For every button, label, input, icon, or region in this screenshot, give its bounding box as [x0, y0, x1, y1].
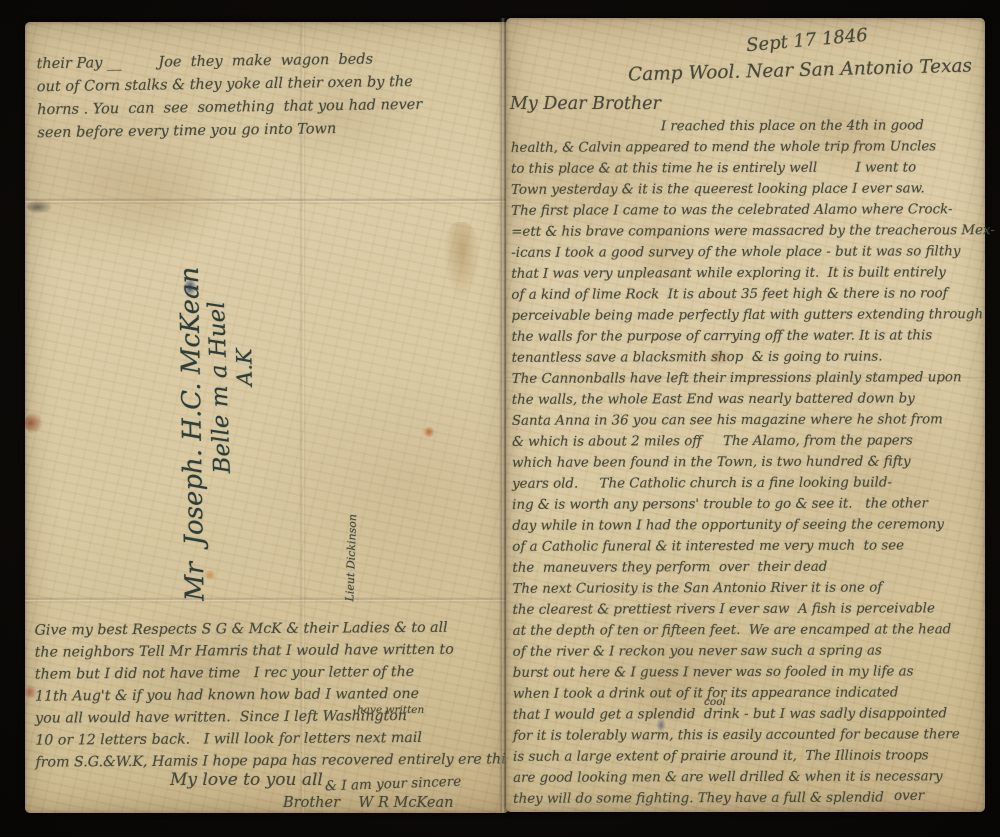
letter-line: Santa Anna in 36 you can see his magazin…	[512, 409, 982, 432]
letter-line: when I took a drink out of it for its ap…	[513, 682, 983, 705]
letter-sheet-right: Sept 17 1846 Camp Wool. Near San Antonio…	[506, 18, 985, 812]
letter-line: burst out here & I guess I never was so …	[513, 661, 983, 684]
scan-backdrop: their Pay __ Joe they make wagon bedsout…	[0, 0, 1000, 837]
stain-drip-brown	[443, 222, 481, 300]
letter-line: that I was very unpleasant while explori…	[511, 262, 981, 285]
stain-dark-edge	[27, 200, 53, 214]
signature: Brother W R McKean	[283, 795, 453, 811]
letter-line: at the depth of ten or fifteen feet. We …	[513, 619, 983, 642]
letter-line: the walls for the purpose of carrying of…	[512, 325, 982, 348]
letter-line: The first place I came to was the celebr…	[511, 199, 981, 222]
letter-line: tenantless save a blacksmith shop & is g…	[512, 346, 982, 369]
interline-insert-left: have written	[357, 704, 424, 716]
letter-line: years old. The Catholic church is a fine…	[512, 472, 982, 495]
letter-line: are good looking men & are well drilled …	[513, 766, 983, 789]
stain-rust-dot	[423, 426, 435, 438]
letter-line: of a kind of lime Rock It is about 35 fe…	[511, 283, 981, 306]
stain-rust-left-edge	[25, 412, 43, 434]
crossnote-top: their Pay __ Joe they make wagon bedsout…	[36, 47, 499, 145]
page-turn-word: over	[894, 788, 924, 804]
letter-line: -icans I took a good survey of the whole…	[511, 241, 981, 264]
letter-line: & which is about 2 miles off The Alamo, …	[512, 430, 982, 453]
letter-line: The next Curiosity is the San Antonio Ri…	[512, 577, 982, 600]
letter-line: 11th Aug't & if you had known how bad I …	[35, 682, 505, 707]
salutation: My Dear Brother	[510, 94, 661, 114]
letter-line: perceivable being made perfectly flat wi…	[511, 304, 981, 327]
letter-line: Town yesterday & it is the queerest look…	[511, 178, 981, 201]
letter-line: Give my best Respects S G & McK & their …	[34, 616, 504, 641]
letter-line: the walls, the whole East End was nearly…	[512, 388, 982, 411]
letter-line: of the river & I reckon you never saw su…	[513, 640, 983, 663]
letter-line: to this place & at this time he is entir…	[511, 157, 981, 180]
letter-line: for it is tolerably warm, this is easily…	[513, 724, 983, 747]
letter-sheet-left: their Pay __ Joe they make wagon bedsout…	[25, 22, 509, 813]
letter-line: that I would get a splendid drink - but …	[513, 703, 983, 726]
address-endorsement: Lieut Dickinson	[343, 471, 361, 601]
letter-line: the neighbors Tell Mr Hamris that I woul…	[35, 638, 505, 663]
closing-sincere-line: & I am your sincere	[325, 774, 462, 795]
letter-line: The Cannonballs have left their impressi…	[512, 367, 982, 390]
letter-line: =ett & his brave companions were massacr…	[511, 220, 981, 243]
address-panel: Mr Joseph. H.C. McKean Belle m a Huel A.…	[173, 181, 320, 603]
letter-body: I reached this place on the 4th in goodh…	[511, 115, 983, 810]
letter-line: day while in town I had the opportunity …	[512, 514, 982, 537]
letter-line: I reached this place on the 4th in good	[511, 115, 981, 138]
date-line: Sept 17 1846	[745, 25, 868, 57]
letter-line: them but I did not have time I rec your …	[35, 660, 505, 685]
interline-insert-right: cool	[704, 696, 726, 708]
letter-line: the maneuvers they perform over their de…	[512, 556, 982, 579]
letter-line: of a Catholic funeral & it interested me…	[512, 535, 982, 558]
letter-line: you all would have written. Since I left…	[35, 704, 505, 729]
letter-line: the clearest & prettiest rivers I ever s…	[512, 598, 982, 621]
closing-love-line: My love to you all	[170, 770, 323, 790]
letter-line: health, & Calvin appeared to mend the wh…	[511, 136, 981, 159]
postscript-note: Give my best Respects S G & McK & their …	[34, 616, 505, 773]
heading-line: Camp Wool. Near San Antonio Texas	[628, 56, 972, 86]
letter-line: is such a large extent of prairie around…	[513, 745, 983, 768]
letter-line: which have been found in the Town, is tw…	[512, 451, 982, 474]
letter-line: ing & is worth any persons' trouble to g…	[512, 493, 982, 516]
